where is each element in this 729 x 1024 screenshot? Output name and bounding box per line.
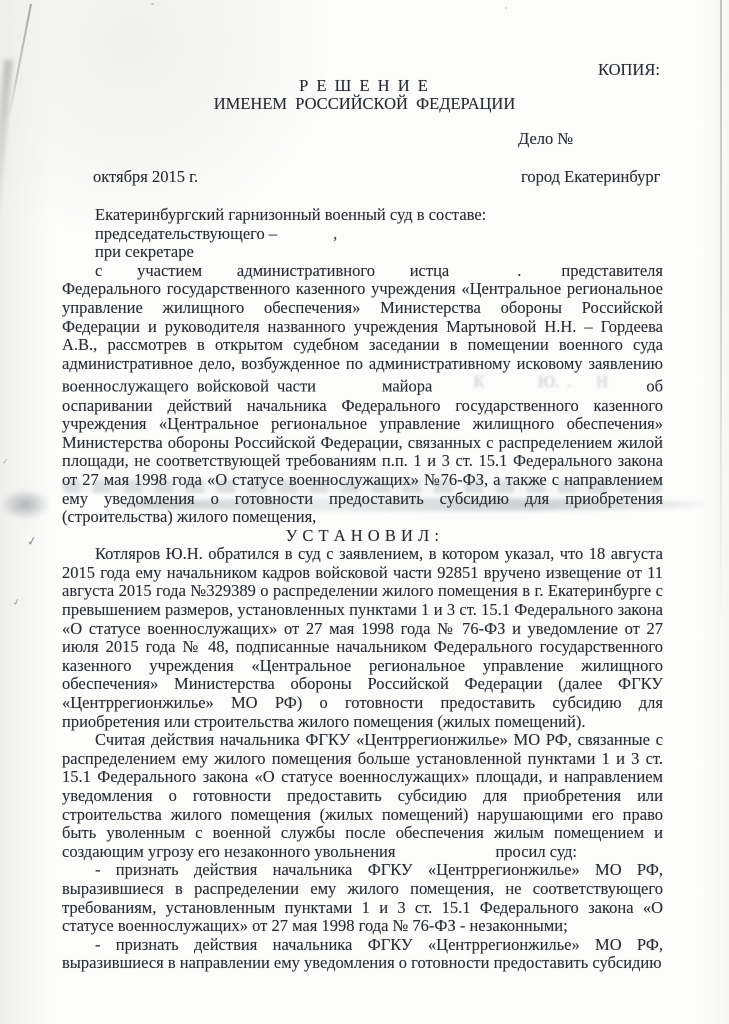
dust-speck [151,3,154,5]
rank-label: майора [382,377,432,396]
redaction-gap [395,856,495,857]
claim-statement-paragraph: Котляров Ю.Н. обратился в суд с заявлени… [62,545,663,731]
margin-tick-mark: ✓ [12,597,22,609]
ustanovil-heading: У С Т А Н О В И Л : [62,527,663,546]
dust-speck [505,7,507,9]
redaction-gap [316,391,374,392]
decision-date: октября 2015 г. [93,167,198,187]
redaction-gap [277,238,333,239]
redaction-gap [521,275,561,276]
grounds-paragraph: Считая действия начальника ФГКУ «Центрре… [62,731,663,861]
margin-tick-mark: ✓ [2,457,10,467]
parties-paragraph: с участием административного истца.предс… [62,262,663,527]
residual-comma: , [333,224,337,243]
redacted-name-traces: К Ю. . Н [440,373,638,392]
court-composition-line: Екатеринбургский гарнизонный военный суд… [62,206,663,225]
document-body: Екатеринбургский гарнизонный военный суд… [62,206,663,973]
presiding-judge-line: председательствующего –, [62,225,663,244]
scanned-court-decision-page: ✓ ✓ ✓ КОПИЯ: Р Е Ш Е Н И Е ИМЕНЕМ РОССИЙ… [0,0,729,1024]
secretary-line: при секретаре [62,243,663,262]
decision-title: Р Е Ш Е Н И Е [0,76,729,96]
residual-period: . [517,261,521,280]
decision-subtitle: ИМЕНЕМ РОССИЙСКОЙ ФЕДЕРАЦИИ [0,94,729,114]
first-demand-paragraph: - признать действия начальника ФГКУ «Цен… [62,861,663,935]
smudge-blob-artifact [0,489,50,520]
second-demand-paragraph: - признать действия начальника ФГКУ «Цен… [62,936,663,973]
redaction-gap [449,275,517,276]
margin-tick-mark: ✓ [26,533,38,549]
case-number-label: Дело № [518,129,573,149]
decision-city: город Екатеринбург [521,167,660,187]
asked-court-label: просил суд: [495,842,577,861]
